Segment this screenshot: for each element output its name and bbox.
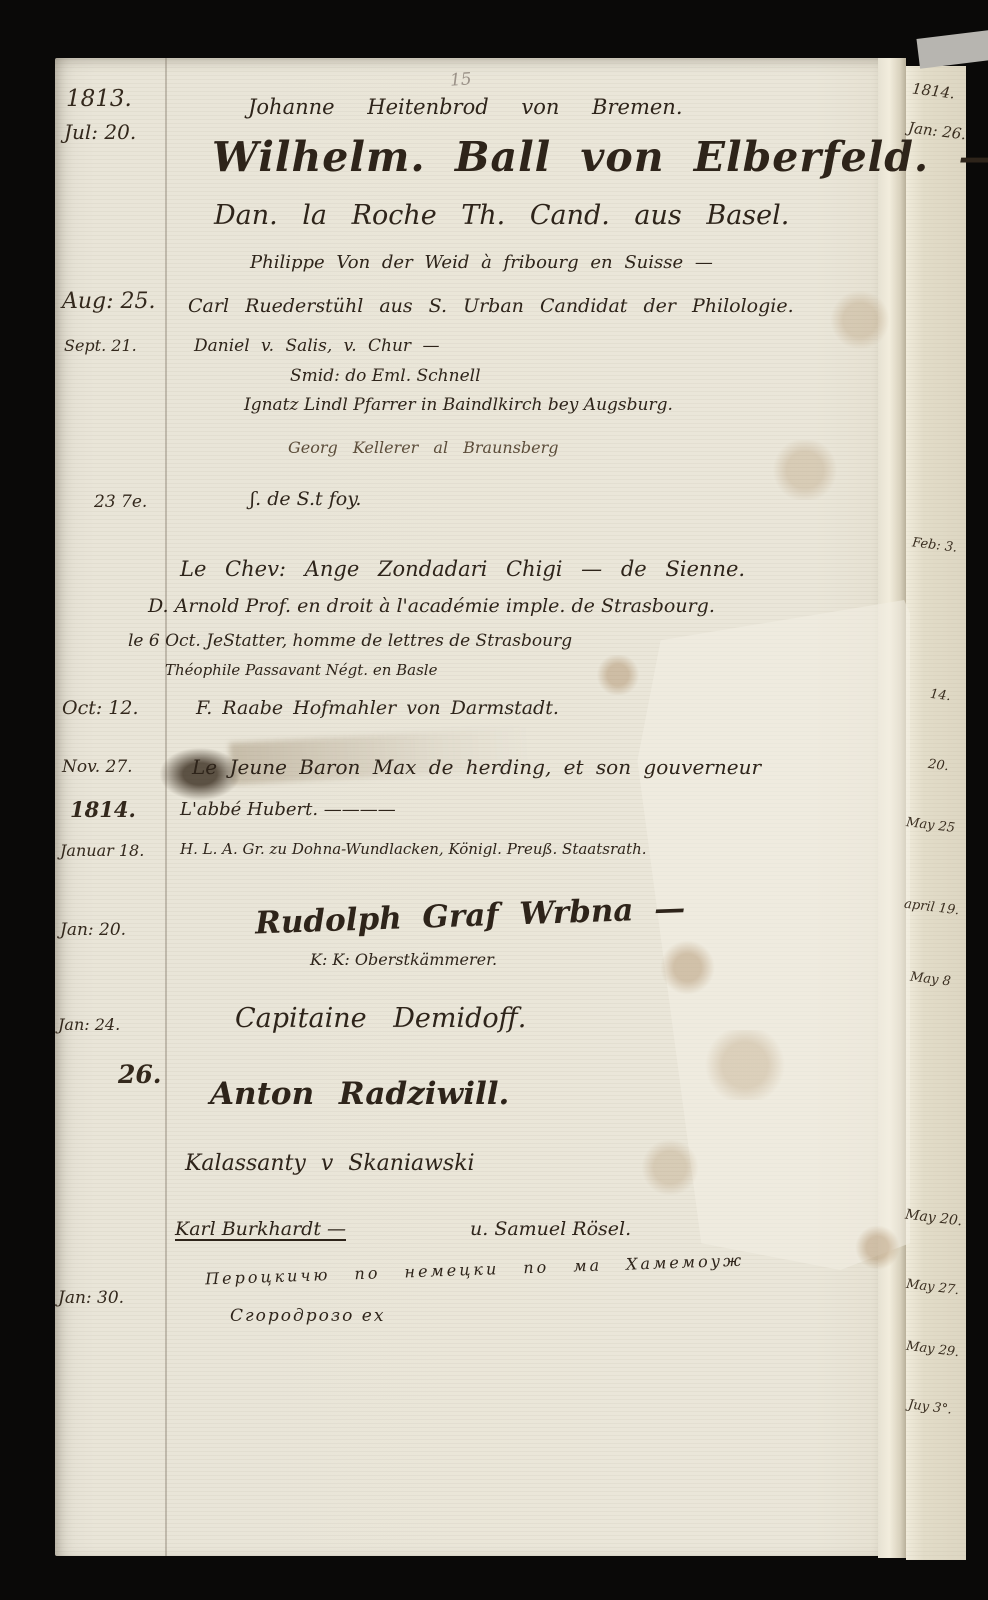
entry-baron-herding: Le Jeune Baron Max de herding, et son go… (192, 757, 761, 778)
entry-v-salis: Daniel v. Salis, v. Chur — (194, 338, 439, 356)
margin-date-year-1813: 1813. (66, 86, 132, 112)
entry-abbe-hubert: L'abbé Hubert. ———— (180, 801, 396, 820)
entry-zondadari-chigi: Le Chev: Ange Zondadari Chigi — de Sienn… (180, 558, 745, 580)
entry-oberstkaemmerer: K: K: Oberstkämmerer. (310, 952, 497, 969)
entry-burkhardt: Karl Burkhardt — (175, 1220, 346, 1240)
margin-date-oct-12: Oct: 12. (62, 697, 139, 719)
margin-date-jul-20: Jul: 20. (64, 120, 136, 144)
entry-la-roche: Dan. la Roche Th. Cand. aus Basel. (214, 202, 789, 230)
margin-date-januar-18: Januar 18. (60, 841, 144, 860)
margin-date-23-7bre: 23 7e. (94, 492, 147, 512)
entry-arnold: D. Arnold Prof. en droit à l'académie im… (148, 597, 715, 617)
entry-skaniawski: Kalassanty v Skaniawski (185, 1152, 475, 1175)
entry-raabe: F. Raabe Hofmahler von Darmstadt. (196, 699, 559, 719)
book-edge (916, 29, 988, 69)
side-date-14: 14. (929, 687, 951, 704)
entry-dohna: H. L. A. Gr. zu Dohna-Wundlacken, Königl… (180, 842, 647, 858)
pencil-folio-number: 15 (449, 69, 472, 90)
margin-date-jan-24: Jan: 24. (58, 1015, 120, 1034)
entry-radziwill: Anton Radziwill. (210, 1078, 509, 1111)
entry-demidoff: Capitaine Demidoff. (235, 1005, 526, 1033)
margin-date-nov-27: Nov. 27. (62, 757, 133, 777)
entry-cyrillic-line-2: Сгородрозо ех (230, 1308, 385, 1326)
margin-date-26: 26. (118, 1060, 162, 1089)
entry-de-st-foy: ʃ. de S.t foy. (250, 490, 361, 510)
margin-date-sept-21: Sept. 21. (64, 336, 137, 355)
entry-lindl: Ignatz Lindl Pfarrer in Baindlkirch bey … (244, 397, 673, 415)
adjacent-page-sliver (906, 66, 966, 1560)
entry-statter: le 6 Oct. JeStatter, homme de lettres de… (128, 633, 572, 651)
side-date-20: 20. (927, 757, 949, 774)
entry-von-der-weid: Philippe Von der Weid à fribourg en Suis… (250, 254, 713, 273)
entry-passavant: Théophile Passavant Négt. en Basle (165, 663, 437, 679)
album-page (55, 58, 878, 1556)
entry-wilhelm-ball: Wilhelm. Ball von Elberfeld. — (212, 136, 988, 179)
entry-ruederstuhl: Carl Ruederstühl aus S. Urban Candidat d… (188, 297, 794, 317)
entry-kellerer: Georg Kellerer al Braunsberg (288, 440, 559, 457)
margin-date-aug-25: Aug: 25. (62, 289, 156, 314)
margin-date-year-1814: 1814. (70, 797, 136, 822)
page-fold-edge (878, 58, 906, 1558)
scanned-manuscript-page: 15 1813. Jul: 20. Aug: 25. Sept. 21. 23 … (0, 0, 988, 1600)
margin-date-jan-30: Jan: 30. (58, 1288, 124, 1308)
entry-heitenbrod: Johanne Heitenbrod von Bremen. (248, 96, 683, 118)
margin-date-jan-20: Jan: 20. (60, 920, 126, 940)
entry-roesel: u. Samuel Rösel. (470, 1220, 631, 1240)
entry-schnell: Smid: do Eml. Schnell (290, 368, 481, 386)
margin-rule-line (165, 58, 167, 1556)
